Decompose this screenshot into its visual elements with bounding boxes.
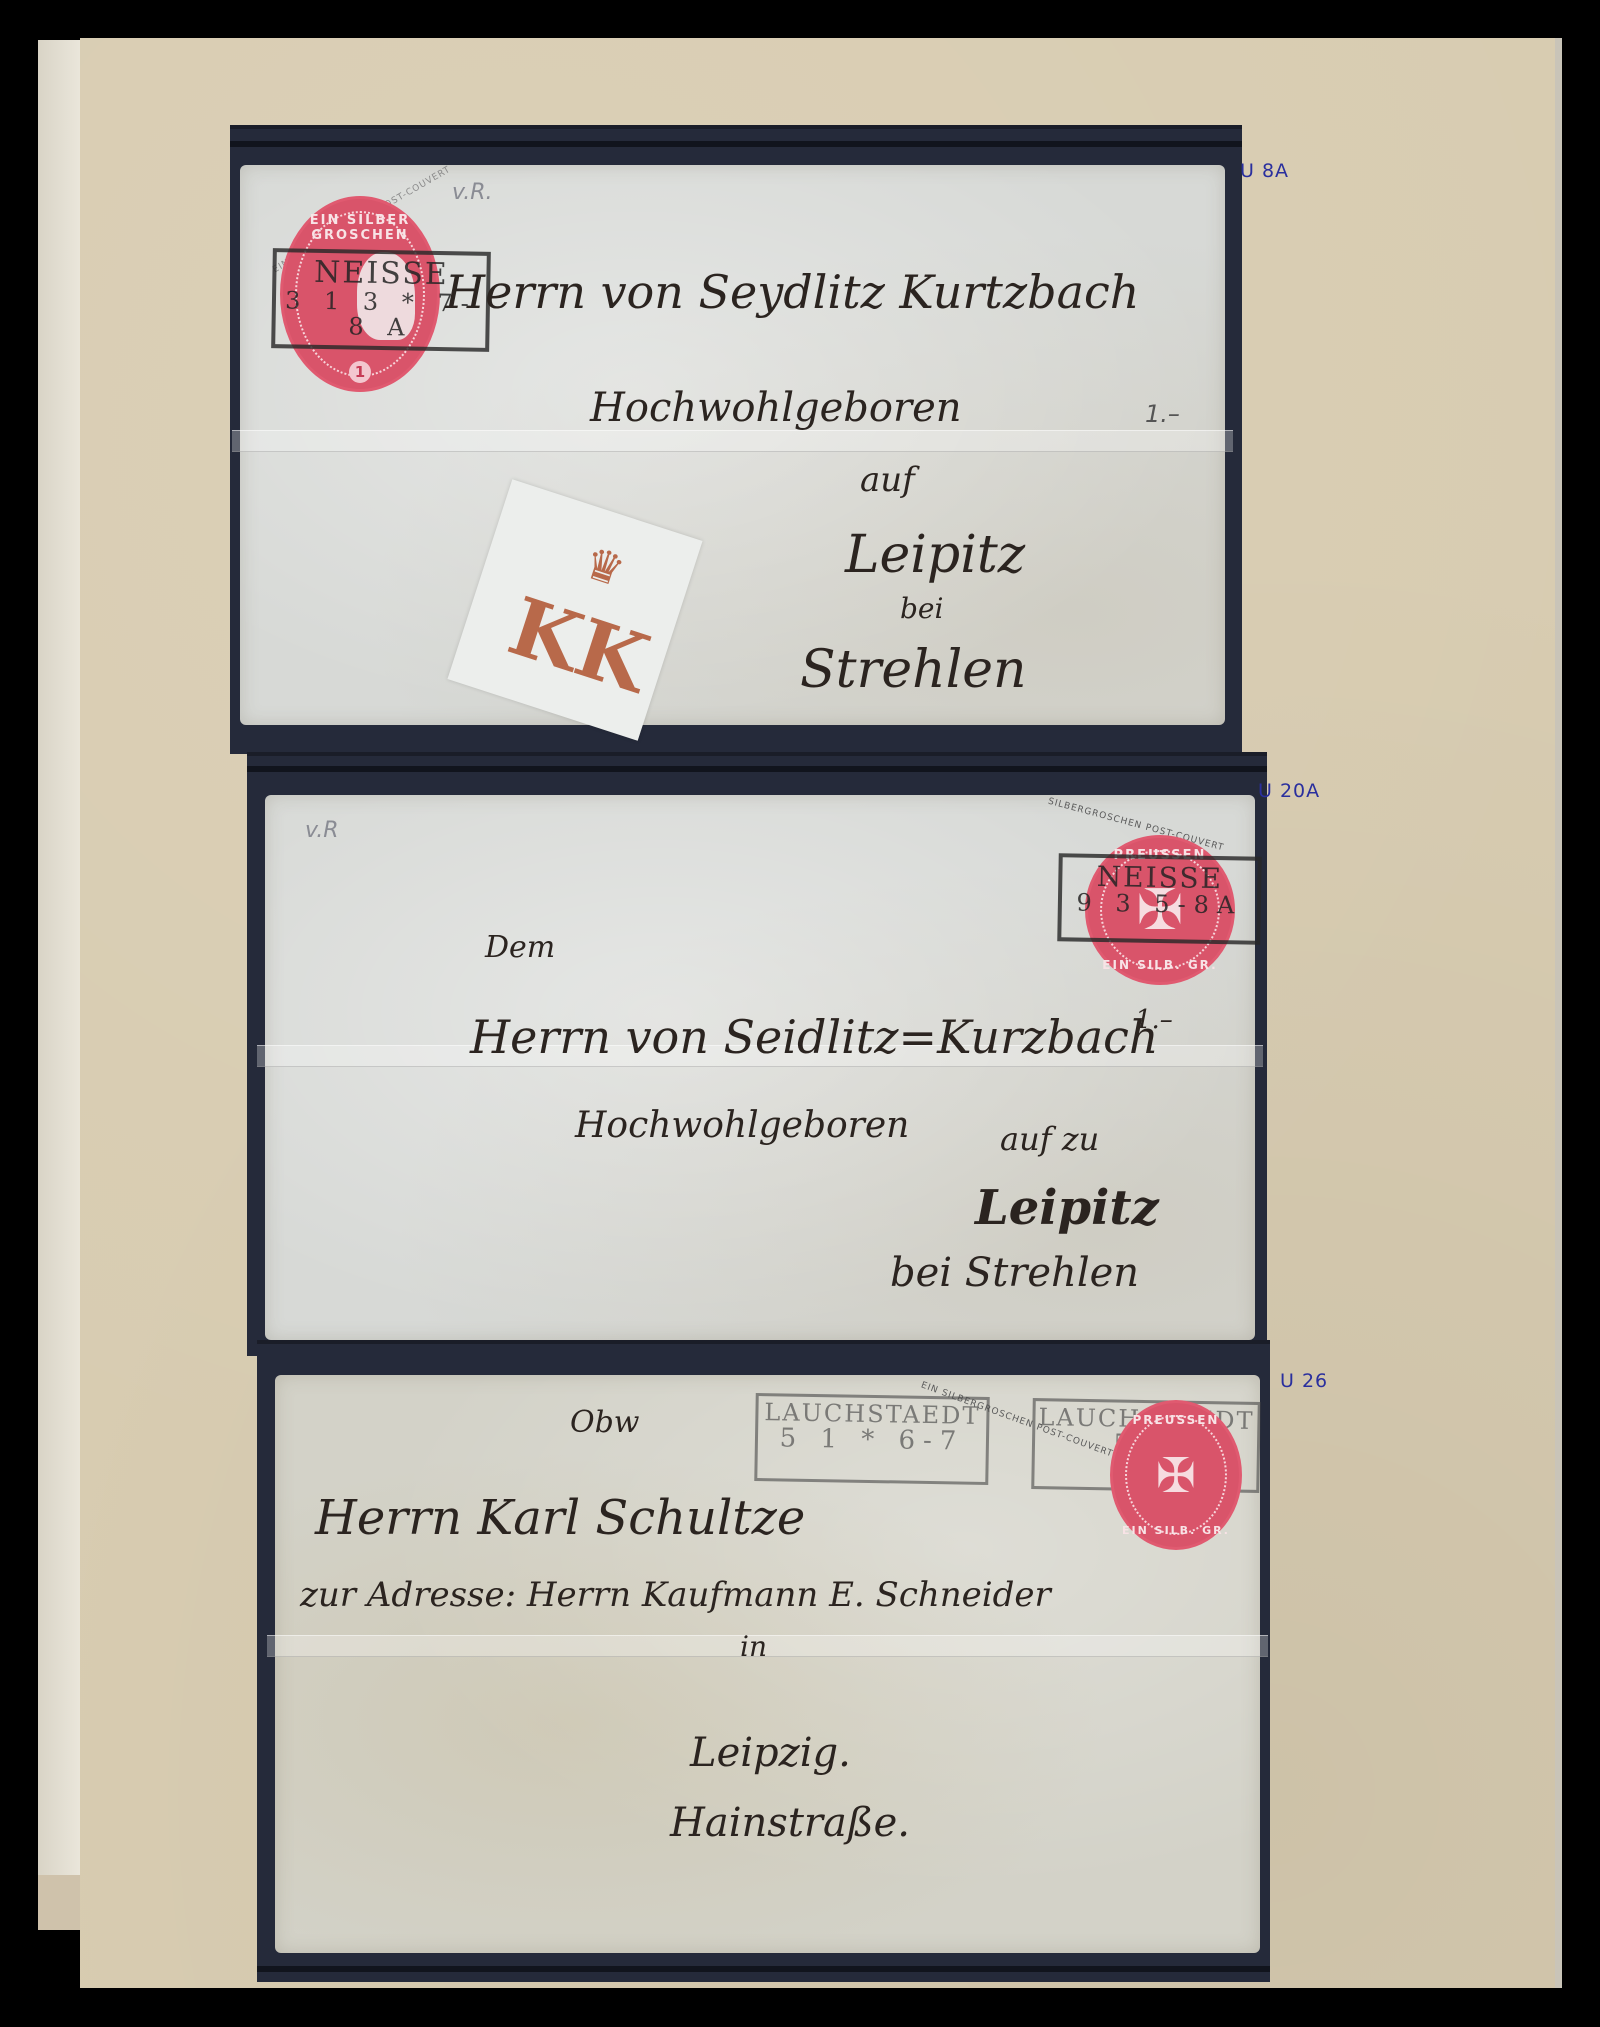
address-line-5: bei [900,592,943,625]
address-line-3: Hochwohlgeboren [575,1105,909,1146]
postmark-lauchstaedt: LAUCHSTAEDT 5 1 * 6-7 [754,1393,990,1485]
mount-strip [232,430,1233,452]
mount-strip [267,1635,1268,1657]
pencil-note: v.R. [452,180,493,205]
address-line-6: Hainstraße. [670,1800,910,1846]
crown-icon: ♛ [578,537,631,598]
address-line-4: in [740,1630,767,1663]
underlying-album-sheet [38,40,83,1930]
address-line-2: Herrn Karl Schultze [315,1490,805,1546]
address-line-6: Strehlen [800,640,1027,700]
address-line-1: Herrn von Seydlitz Kurtzbach [445,265,1139,319]
address-line-4: Leipitz [845,525,1025,585]
address-line-3: zur Adresse: Herrn Kaufmann E. Schneider [300,1575,1051,1615]
address-line-4: auf zu [1000,1120,1099,1158]
address-line-3: auf [860,460,915,500]
address-line-5: Leipitz [975,1180,1159,1236]
eagle-icon: ✠ [1133,1423,1219,1527]
address-line-5: Leipzig. [690,1730,851,1776]
underlying-sheet-edge [38,1875,83,1930]
address-line-1: Dem [485,930,555,965]
page-edge [1555,38,1562,1988]
address-line-1: Obw [570,1405,639,1440]
postmark-neisse: NEISSE 9 3 5-8A [1057,853,1262,945]
address-line-2: Hochwohlgeboren [590,385,962,431]
catalog-label-1: U 8A [1240,160,1289,182]
pencil-note: v.R [305,818,339,843]
address-line-6: bei Strehlen [890,1250,1139,1296]
catalog-label-3: U 26 [1280,1370,1328,1392]
catalog-label-2: U 20A [1258,780,1320,802]
address-line-2: Herrn von Seidlitz=Kurzbach [470,1010,1159,1064]
stamp-eagle: ✠ PREUSSEN EIN SILB. GR. [1110,1400,1242,1550]
rate-note: 1.– [1135,1005,1173,1035]
monogram-icon: KK [498,579,659,711]
rate-note: 1.– [1145,400,1180,428]
